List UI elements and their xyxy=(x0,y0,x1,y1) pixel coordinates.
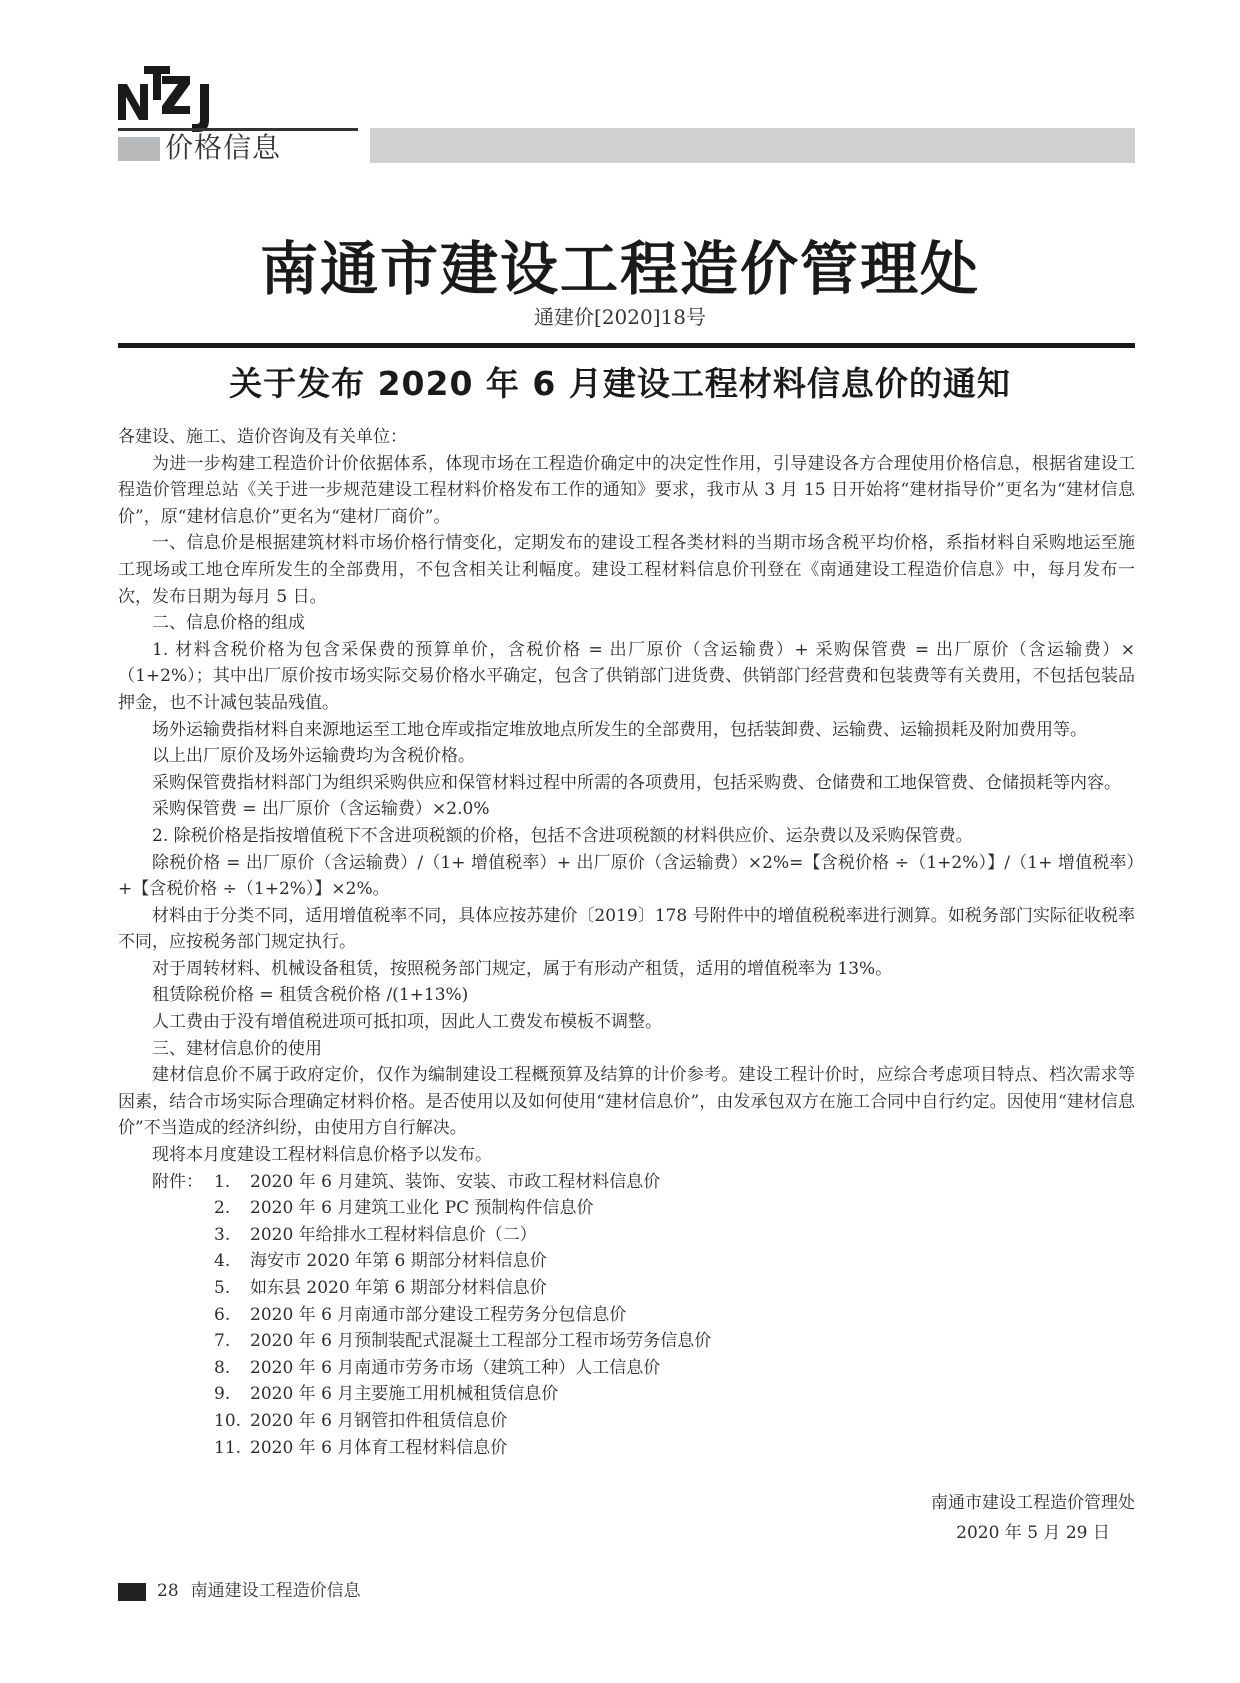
attachment-item: 9. 2020 年 6 月主要施工用机械租赁信息价 xyxy=(118,1381,1135,1408)
salutation: 各建设、施工、造价咨询及有关单位： xyxy=(118,424,1135,451)
paragraph: 2. 除税价格是指按增值税下不含进项税额的价格，包括不含进项税额的材料供应价、运… xyxy=(118,823,1135,850)
signature-org: 南通市建设工程造价管理处 xyxy=(931,1488,1135,1518)
paragraph: 对于周转材料、机械设备租赁，按照税务部门规定，属于有形动产租赁，适用的增值税率为… xyxy=(118,956,1135,983)
attachments-list: 附件： 1. 2020 年 6 月建筑、装饰、安装、市政工程材料信息价 2. 2… xyxy=(118,1169,1135,1462)
attachment-item: 2. 2020 年 6 月建筑工业化 PC 预制构件信息价 xyxy=(118,1195,1135,1222)
signature-block: 南通市建设工程造价管理处 2020 年 5 月 29 日 xyxy=(931,1488,1135,1548)
ntzj-logo-icon xyxy=(118,62,228,132)
formula: 除税价格 = 出厂原价（含运输费）/（1+ 增值税率）+ 出厂原价（含运输费）×… xyxy=(118,850,1135,903)
attachment-item: 附件： 1. 2020 年 6 月建筑、装饰、安装、市政工程材料信息价 xyxy=(118,1169,1135,1196)
paragraph: 现将本月度建设工程材料信息价格予以发布。 xyxy=(118,1142,1135,1169)
issuer-title: 南通市建设工程造价管理处 xyxy=(0,234,1240,304)
section-marker xyxy=(118,137,160,161)
formula: 租赁除税价格 = 租赁含税价格 /(1+13%) xyxy=(118,982,1135,1009)
masthead-logo xyxy=(118,62,228,128)
paragraph: 建材信息价不属于政府定价，仅作为编制建设工程概预算及结算的计价参考。建设工程计价… xyxy=(118,1062,1135,1142)
paragraph: 一、信息价是根据建筑材料市场价格行情变化，定期发布的建设工程各类材料的当期市场含… xyxy=(118,530,1135,610)
document-number: 通建价[2020]18号 xyxy=(0,304,1240,330)
attachment-item: 5. 如东县 2020 年第 6 期部分材料信息价 xyxy=(118,1275,1135,1302)
header-band xyxy=(370,128,1135,163)
attachments-label: 附件： xyxy=(118,1169,214,1196)
attachment-item: 4. 海安市 2020 年第 6 期部分材料信息价 xyxy=(118,1248,1135,1275)
section-heading: 三、建材信息价的使用 xyxy=(118,1036,1135,1063)
attachment-item: 11. 2020 年 6 月体育工程材料信息价 xyxy=(118,1435,1135,1462)
paragraph: 为进一步构建工程造价计价依据体系，体现市场在工程造价确定中的决定性作用，引导建设… xyxy=(118,451,1135,531)
paragraph: 以上出厂原价及场外运输费均为含税价格。 xyxy=(118,743,1135,770)
attachment-item: 8. 2020 年 6 月南通市劳务市场（建筑工种）人工信息价 xyxy=(118,1355,1135,1382)
attachment-item: 10. 2020 年 6 月钢管扣件租赁信息价 xyxy=(118,1408,1135,1435)
attachment-item: 7. 2020 年 6 月预制装配式混凝土工程部分工程市场劳务信息价 xyxy=(118,1328,1135,1355)
page-number: 28 xyxy=(157,1581,179,1601)
document-body: 各建设、施工、造价咨询及有关单位： 为进一步构建工程造价计价依据体系，体现市场在… xyxy=(118,424,1135,1461)
section-label: 价格信息 xyxy=(165,131,281,165)
paragraph: 材料由于分类不同，适用增值税率不同，具体应按苏建价〔2019〕178 号附件中的… xyxy=(118,903,1135,956)
attachment-item: 6. 2020 年 6 月南通市部分建设工程劳务分包信息价 xyxy=(118,1302,1135,1329)
paragraph: 1. 材料含税价格为包含采保费的预算单价，含税价格 = 出厂原价（含运输费）+ … xyxy=(118,637,1135,717)
notice-title: 关于发布 2020 年 6 月建设工程材料信息价的通知 xyxy=(0,362,1240,406)
signature-date: 2020 年 5 月 29 日 xyxy=(931,1518,1135,1548)
section-heading: 二、信息价格的组成 xyxy=(118,610,1135,637)
paragraph: 场外运输费指材料自来源地运至工地仓库或指定堆放地点所发生的全部费用，包括装卸费、… xyxy=(118,717,1135,744)
heading-rule xyxy=(118,343,1135,348)
publication-name: 南通建设工程造价信息 xyxy=(191,1581,361,1601)
formula: 采购保管费 = 出厂原价（含运输费）×2.0% xyxy=(118,796,1135,823)
page-footer: 28南通建设工程造价信息 xyxy=(157,1578,361,1604)
paragraph: 采购保管费指材料部门为组织采购供应和保管材料过程中所需的各项费用，包括采购费、仓… xyxy=(118,770,1135,797)
attachment-item: 3. 2020 年给排水工程材料信息价（二） xyxy=(118,1222,1135,1249)
paragraph: 人工费由于没有增值税进项可抵扣项，因此人工费发布模板不调整。 xyxy=(118,1009,1135,1036)
footer-marker xyxy=(118,1583,146,1601)
